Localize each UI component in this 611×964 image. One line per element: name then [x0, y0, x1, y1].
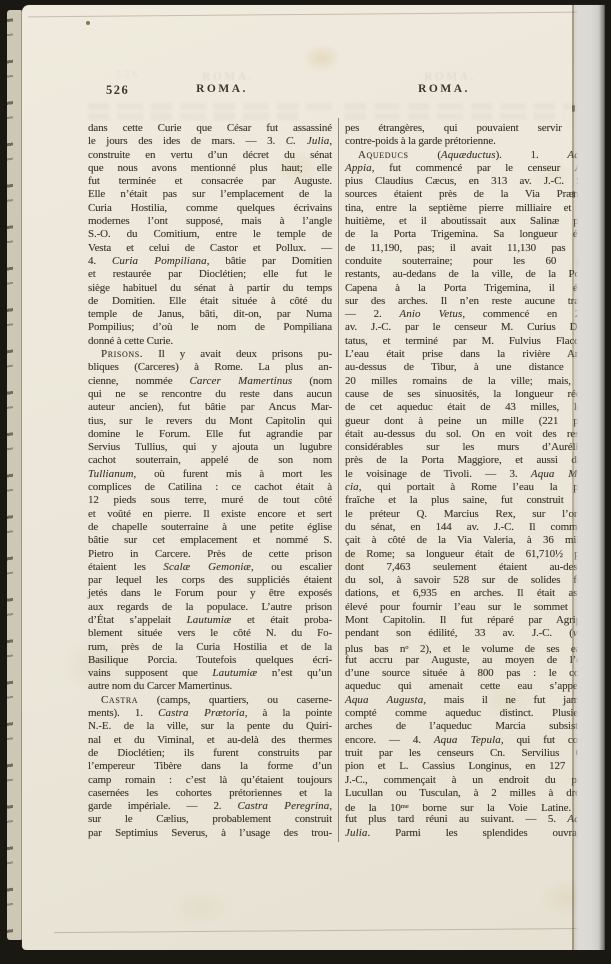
bleedthrough-running-title: ROMA.	[380, 71, 520, 83]
text-line: de 11,190, pas; il avait 11,130 pas de	[345, 242, 591, 255]
bleedthrough-folio: 526	[108, 69, 148, 81]
text-line: Pietro in Carcere. Près de cette prison	[88, 548, 332, 561]
text-line: dans cette Curie que César fut assassiné	[88, 122, 332, 135]
text-line: siège habituel du sénat à partir du temp…	[88, 282, 332, 295]
text-line: Prisons. Il y avait deux prisons pu-	[88, 348, 332, 361]
text-line: fut plus tard réuni au suivant. — 5. Aqu…	[345, 813, 591, 826]
text-line: le préteur Q. Marcius Rex, sur l’ordre	[345, 508, 591, 521]
text-line: fut terminée et consacrée par Auguste.	[88, 175, 332, 188]
text-line: aux regards de la populace. L’autre pris…	[88, 601, 332, 614]
text-line: arches de l’aqueduc Marcia subsistent	[345, 720, 591, 733]
text-line: et voûté en pierre. Il existe encore et …	[88, 508, 332, 521]
text-line: du sénat, en 144 av. J.-C. Il commen-	[345, 521, 591, 534]
text-line: contre-poids à la garde prétorienne.	[345, 135, 591, 148]
text-line: N.-E. de la ville, sur la pente du Quiri…	[88, 720, 332, 733]
text-line: par Septimius Severus, à l’usage des tro…	[88, 827, 332, 840]
paragraph: Aqueducs (Aquæductus). 1. AquaAppia, fut…	[345, 149, 591, 840]
text-line: jetés dans le Forum pour y être exposés	[88, 587, 332, 600]
text-line: de Dioclétien; ils furent construits par	[88, 747, 332, 760]
text-line: Vesta et celui de Castor et Pollux. —	[88, 242, 332, 255]
text-line: fraîche et la plus saine, fut construit …	[345, 494, 591, 507]
text-line: vains supposent que Lautumiæ n’est qu’un	[88, 667, 332, 680]
text-line: de Domitien. Elle était située à côté du	[88, 295, 332, 308]
text-line: de chapelle souterraine à une petite égl…	[88, 521, 332, 534]
text-line: étaient les Scalæ Gemoniæ, ou escalier	[88, 561, 332, 574]
book-scan: { "page": { "number": "526", "running_ti…	[0, 0, 611, 964]
text-line: domine le Forum. Elle fut agrandie par	[88, 428, 332, 441]
text-line: dations, et 6,935 en arches. Il était as…	[345, 587, 591, 600]
text-line: considérables sur les murs d’Aurélien,	[345, 441, 591, 454]
text-line: 4. Curia Pompiliana, bâtie par Domitien	[88, 255, 332, 268]
text-line: fut accru par Auguste, au moyen de l’eau	[345, 654, 591, 667]
text-line: de cet aqueduc était de 43 milles, lon-	[345, 401, 591, 414]
text-line: sur des arches. Il n’en reste aucune tra…	[345, 295, 591, 308]
text-line: de Rome; sa longueur était de 61,710½ pa…	[345, 548, 591, 561]
text-line: le jours des ides de mars. — 3. C. Julia…	[88, 135, 332, 148]
text-line: cachot souterrain, appelé de son nom	[88, 454, 332, 467]
text-line: gueur dont à peine un mille (221 pas)	[345, 415, 591, 428]
paragraph: Prisons. Il y avait deux prisons pu-bliq…	[88, 348, 332, 694]
book-page-edges	[7, 10, 23, 940]
text-line: Mont Capitolin. Il fut réparé par Agripp…	[345, 614, 591, 627]
text-line: élevé pour fournir l’eau sur le sommet d…	[345, 601, 591, 614]
text-line: pes étrangères, qui pouvaient servir de	[345, 122, 591, 135]
bleedthrough-text	[345, 113, 565, 120]
text-line: aqueduc qui amenait cette eau s’appelait	[345, 680, 591, 693]
paragraph: pes étrangères, qui pouvaient servir dec…	[345, 122, 591, 149]
text-line: temple de Janus, bâti, dit-on, par Numa	[88, 308, 332, 321]
text-line: Capena à la Porta Trigemina, il était	[345, 282, 591, 295]
text-line: S.-O. du Comitium, entre le temple de	[88, 228, 332, 241]
text-line: J.-C., commençait à un endroit du pays	[345, 774, 591, 787]
text-line: et restaurée par Dioclétien; elle fut le	[88, 268, 332, 281]
column-right: pes étrangères, qui pouvaient servir dec…	[345, 122, 591, 840]
column-left: dans cette Curie que César fut assassiné…	[88, 122, 332, 840]
text-line: bliques (Carceres) à Rome. La plus an-	[88, 361, 332, 374]
text-line: tina, entre la septième pierre milliaire…	[345, 202, 591, 215]
text-line: le voisinage de Tivoli. — 3. Aqua Mar-	[345, 468, 591, 481]
text-line: nal et du Viminal, et au-delà des therme…	[88, 734, 332, 747]
paragraph: dans cette Curie que César fut assassiné…	[88, 122, 332, 348]
text-line: ments). 1. Castra Prætoria, à la pointe	[88, 707, 332, 720]
bleedthrough-running-title: ROMA.	[158, 71, 298, 83]
text-line: au-dessus de Tibur, à une distance de	[345, 361, 591, 374]
text-line: blement située vers le côté N. du Fo-	[88, 627, 332, 640]
bleedthrough-text	[345, 103, 591, 110]
text-line: cienne, nommée Carcer Mamertinus (nom	[88, 375, 332, 388]
text-line: Julia. Parmi les splendides ouvrages	[345, 827, 591, 840]
text-line: Elle n’était pas sur l’emplacement de la	[88, 188, 332, 201]
text-line: cause de ses sinuosités, la longueur rée…	[345, 388, 591, 401]
text-line: conduite souterraine; pour les 60 pas	[345, 255, 591, 268]
text-line: Appia, fut commencé par le censeur Ap-	[345, 162, 591, 175]
text-line: Tullianum, où furent mis à mort les	[88, 468, 332, 481]
bottom-crease	[54, 928, 599, 933]
text-line: Lucullan ou Tusculan, à 2 milles à droit…	[345, 787, 591, 800]
top-crease	[28, 12, 580, 18]
text-line: garde impériale. — 2. Castra Peregrina,	[88, 800, 332, 813]
text-line: camp romain : c’est là qu’étaient toujou…	[88, 774, 332, 787]
text-line: tatus, et terminé par M. Fulvius Flaccus…	[345, 335, 591, 348]
text-line: sources étaient près de la Via Prænes-	[345, 188, 591, 201]
ink-speck	[86, 21, 90, 25]
text-line: casernées les cohortes prétoriennes et l…	[88, 787, 332, 800]
text-line: Aqueducs (Aquæductus). 1. Aqua	[345, 149, 591, 162]
text-line: était au-dessus du sol. On en voit des r…	[345, 428, 591, 441]
text-line: autre nom du Carcer Mamertinus.	[88, 680, 332, 693]
text-line: sur le Cælius, probablement construit	[88, 813, 332, 826]
text-line: Castra (camps, quartiers, ou caserne-	[88, 694, 332, 707]
text-line: 20 milles romains de la ville; mais, à	[345, 375, 591, 388]
text-line: Pompilius; d’où le nom de Pompiliana	[88, 321, 332, 334]
text-line: pion et L. Cassius Longinus, en 127 av.	[345, 760, 591, 773]
text-line: restants, au-dedans de la ville, de la P…	[345, 268, 591, 281]
text-line: L’eau était prise dans la rivière Anio,	[345, 348, 591, 361]
text-line: d’État s’appelait Lautumiæ et était prob…	[88, 614, 332, 627]
text-line: près de la Porta Maggiore, et aussi dans	[345, 454, 591, 467]
text-line: l’empereur Tibère dans la forme d’un	[88, 760, 332, 773]
text-line: construite en vertu d’un décret du sénat	[88, 149, 332, 162]
gutter-page-curl	[573, 5, 605, 950]
text-line: Aqua Augusta, mais il ne fut jamais	[345, 694, 591, 707]
text-line: Basilique Porcia. Toutefois quelques écr…	[88, 654, 332, 667]
text-line: truit par les censeurs Cn. Servilius Cé-	[345, 747, 591, 760]
text-line: de la Porta Trigemina. Sa longueur était	[345, 228, 591, 241]
text-line: — 2. Anio Vetus, commencé en 273	[345, 308, 591, 321]
running-title-right: ROMA.	[374, 83, 514, 95]
text-line: de la 10me borne sur la Voie Latine. Il	[345, 800, 591, 813]
text-line: rum, près de la Curia Hostilia et de la	[88, 641, 332, 654]
text-line: dont 7,463 seulement étaient au-dessus	[345, 561, 591, 574]
text-line: d’une source située à 800 pas : le court	[345, 667, 591, 680]
text-line: plus bas no 2), et le volume de ses eaux	[345, 641, 591, 654]
text-line: bâtie sur cet emplacement et nommé S.	[88, 534, 332, 547]
text-line: pius Claudius Cæcus, en 313 av. J.-C. Se…	[345, 175, 591, 188]
page-number: 526	[106, 83, 129, 98]
text-line: pendant son édilité, 33 av. J.-C. (voy.	[345, 627, 591, 640]
page-surface: 526 ROMA. ROMA. 526 ROMA. ROMA. dans cet…	[22, 5, 605, 950]
text-line: du sol, à savoir 528 sur de solides fon-	[345, 574, 591, 587]
text-line: complices de Catilina : ce cachot était …	[88, 481, 332, 494]
text-line: av. J.-C. par le censeur M. Curius Den-	[345, 321, 591, 334]
text-line: cia, qui portait à Rome l’eau la plus	[345, 481, 591, 494]
text-line: huitième, et il aboutissait aux Salinæ p…	[345, 215, 591, 228]
column-divider-rule	[338, 118, 339, 842]
paragraph: Castra (camps, quartiers, ou caserne-men…	[88, 694, 332, 840]
text-line: que nous avons mentionné plus haut; elle	[88, 162, 332, 175]
text-line: tius, sur le revers du Mont Capitolin qu…	[88, 415, 332, 428]
bleedthrough-text	[88, 113, 298, 120]
text-line: compté comme aqueduc distinct. Plusieurs	[345, 707, 591, 720]
bleedthrough-text	[88, 103, 332, 110]
text-line: modernes l’ont supposé, mais à l’angle	[88, 215, 332, 228]
text-line: çait à côté de la Via Valeria, à 36 mill…	[345, 534, 591, 547]
text-line: donné à cette Curie.	[88, 335, 332, 348]
text-line: par lequel les corps des suppliciés étai…	[88, 574, 332, 587]
text-line: auteur ancien), fut bâtie par Ancus Mar-	[88, 401, 332, 414]
text-line: encore. — 4. Aqua Tepula, qui fut cons-	[345, 734, 591, 747]
text-line: 12 pieds sous terre, muré de tout côté	[88, 494, 332, 507]
text-line: Curia Hostilia, comme quelques écrivains	[88, 202, 332, 215]
text-line: qui ne se rencontre du reste dans aucun	[88, 388, 332, 401]
text-line: Servius Tullius, qui y ajouta un lugubre	[88, 441, 332, 454]
running-title-left: ROMA.	[152, 83, 292, 95]
